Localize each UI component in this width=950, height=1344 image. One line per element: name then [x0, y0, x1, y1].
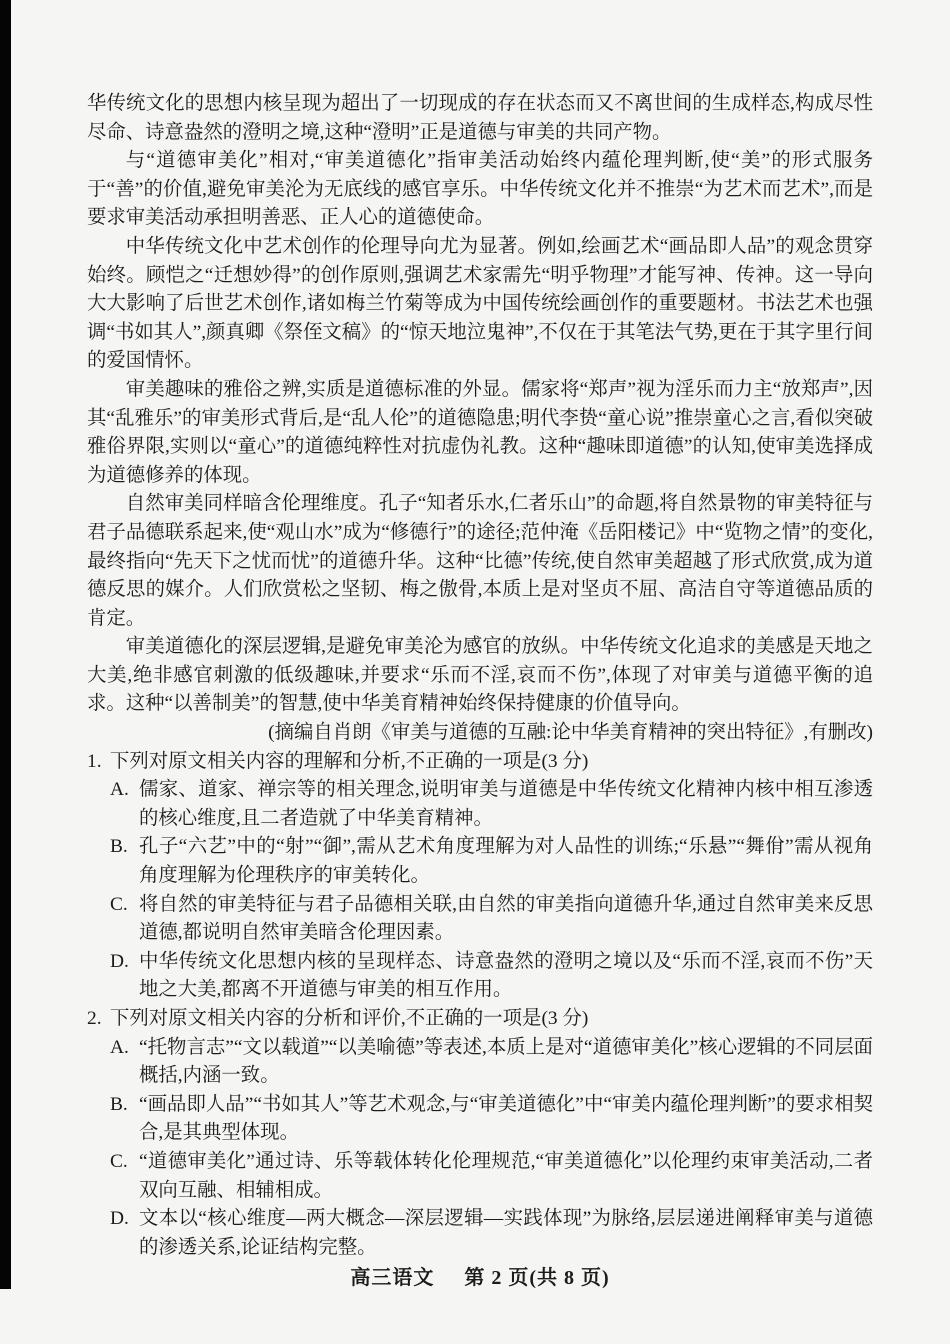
question-2: 2. 下列对原文相关内容的分析和评价,不正确的一项是(3 分) A. “托物言志… [87, 1005, 873, 1262]
option-text: 孔子“六艺”中的“射”“御”,需从艺术角度理解为对人品性的训练;“乐悬”“舞佾”… [139, 833, 873, 890]
footer-course-label: 高三语文 [350, 1267, 434, 1289]
passage-attribution: (摘编自肖朗《审美与道德的互融:论中华美育精神的突出特征》,有删改) [87, 719, 873, 748]
option-label: A. [110, 1034, 139, 1091]
question-2-option-c: C. “道德审美化”通过诗、乐等载体转化伦理规范,“审美道德化”以伦理约束审美活… [110, 1148, 873, 1205]
passage-paragraph: 审美道德化的深层逻辑,是避免审美沦为感官的放纵。中华传统文化追求的美感是天地之大… [87, 633, 873, 719]
option-label: B. [110, 1091, 139, 1148]
footer-page-number: 第 2 页(共 8 页) [464, 1267, 609, 1289]
question-2-option-b: B. “画品即人品”“书如其人”等艺术观念,与“审美道德化”中“审美内蕴伦理判断… [110, 1091, 873, 1148]
scan-edge-artifact [0, 0, 11, 1289]
question-1-option-b: B. 孔子“六艺”中的“射”“御”,需从艺术角度理解为对人品性的训练;“乐悬”“… [110, 833, 873, 890]
page-footer: 高三语文第 2 页(共 8 页) [87, 1261, 873, 1290]
question-1: 1. 下列对原文相关内容的理解和分析,不正确的一项是(3 分) A. 儒家、道家… [87, 748, 873, 1005]
question-2-number: 2. [87, 1005, 110, 1034]
page-content: 华传统文化的思想内核呈现为超出了一切现成的存在状态而又不离世间的生成样态,构成尽… [87, 90, 873, 1262]
option-text: 将自然的审美特征与君子品德相关联,由自然的审美指向道德升华,通过自然审美来反思道… [139, 891, 873, 948]
option-text: “画品即人品”“书如其人”等艺术观念,与“审美道德化”中“审美内蕴伦理判断”的要… [139, 1091, 873, 1148]
question-1-option-a: A. 儒家、道家、禅宗等的相关理念,说明审美与道德是中华传统文化精神内核中相互渗… [110, 776, 873, 833]
option-label: D. [110, 1205, 139, 1262]
passage-paragraph: 华传统文化的思想内核呈现为超出了一切现成的存在状态而又不离世间的生成样态,构成尽… [87, 90, 873, 147]
option-text: 文本以“核心维度—两大概念—深层逻辑—实践体现”为脉络,层层递进阐释审美与道德的… [139, 1205, 873, 1262]
reading-passage: 华传统文化的思想内核呈现为超出了一切现成的存在状态而又不离世间的生成样态,构成尽… [87, 90, 873, 748]
passage-paragraph: 审美趣味的雅俗之辨,实质是道德标准的外显。儒家将“郑声”视为淫乐而力主“放郑声”… [87, 376, 873, 490]
option-text: 儒家、道家、禅宗等的相关理念,说明审美与道德是中华传统文化精神内核中相互渗透的核… [139, 776, 873, 833]
question-1-stem-text: 下列对原文相关内容的理解和分析,不正确的一项是(3 分) [110, 748, 873, 777]
option-label: C. [110, 891, 139, 948]
option-label: C. [110, 1148, 139, 1205]
option-label: D. [110, 948, 139, 1005]
option-text: 中华传统文化思想内核的呈现样态、诗意盎然的澄明之境以及“乐而不淫,哀而不伤”天地… [139, 948, 873, 1005]
passage-paragraph: 自然审美同样暗含伦理维度。孔子“知者乐水,仁者乐山”的命题,将自然景物的审美特征… [87, 490, 873, 633]
option-text: “托物言志”“文以载道”“以美喻德”等表述,本质上是对“道德审美化”核心逻辑的不… [139, 1034, 873, 1091]
question-1-number: 1. [87, 748, 110, 777]
passage-paragraph: 中华传统文化中艺术创作的伦理导向尤为显著。例如,绘画艺术“画品即人品”的观念贯穿… [87, 233, 873, 376]
question-1-option-d: D. 中华传统文化思想内核的呈现样态、诗意盎然的澄明之境以及“乐而不淫,哀而不伤… [110, 948, 873, 1005]
question-2-stem: 2. 下列对原文相关内容的分析和评价,不正确的一项是(3 分) [87, 1005, 873, 1034]
question-2-option-a: A. “托物言志”“文以载道”“以美喻德”等表述,本质上是对“道德审美化”核心逻… [110, 1034, 873, 1091]
option-text: “道德审美化”通过诗、乐等载体转化伦理规范,“审美道德化”以伦理约束审美活动,二… [139, 1148, 873, 1205]
question-1-option-c: C. 将自然的审美特征与君子品德相关联,由自然的审美指向道德升华,通过自然审美来… [110, 891, 873, 948]
question-1-stem: 1. 下列对原文相关内容的理解和分析,不正确的一项是(3 分) [87, 748, 873, 777]
option-label: B. [110, 833, 139, 890]
passage-paragraph: 与“道德审美化”相对,“审美道德化”指审美活动始终内蕴伦理判断,使“美”的形式服… [87, 147, 873, 233]
question-2-stem-text: 下列对原文相关内容的分析和评价,不正确的一项是(3 分) [110, 1005, 873, 1034]
question-2-option-d: D. 文本以“核心维度—两大概念—深层逻辑—实践体现”为脉络,层层递进阐释审美与… [110, 1205, 873, 1262]
exam-page: 华传统文化的思想内核呈现为超出了一切现成的存在状态而又不离世间的生成样态,构成尽… [0, 0, 950, 1344]
option-label: A. [110, 776, 139, 833]
